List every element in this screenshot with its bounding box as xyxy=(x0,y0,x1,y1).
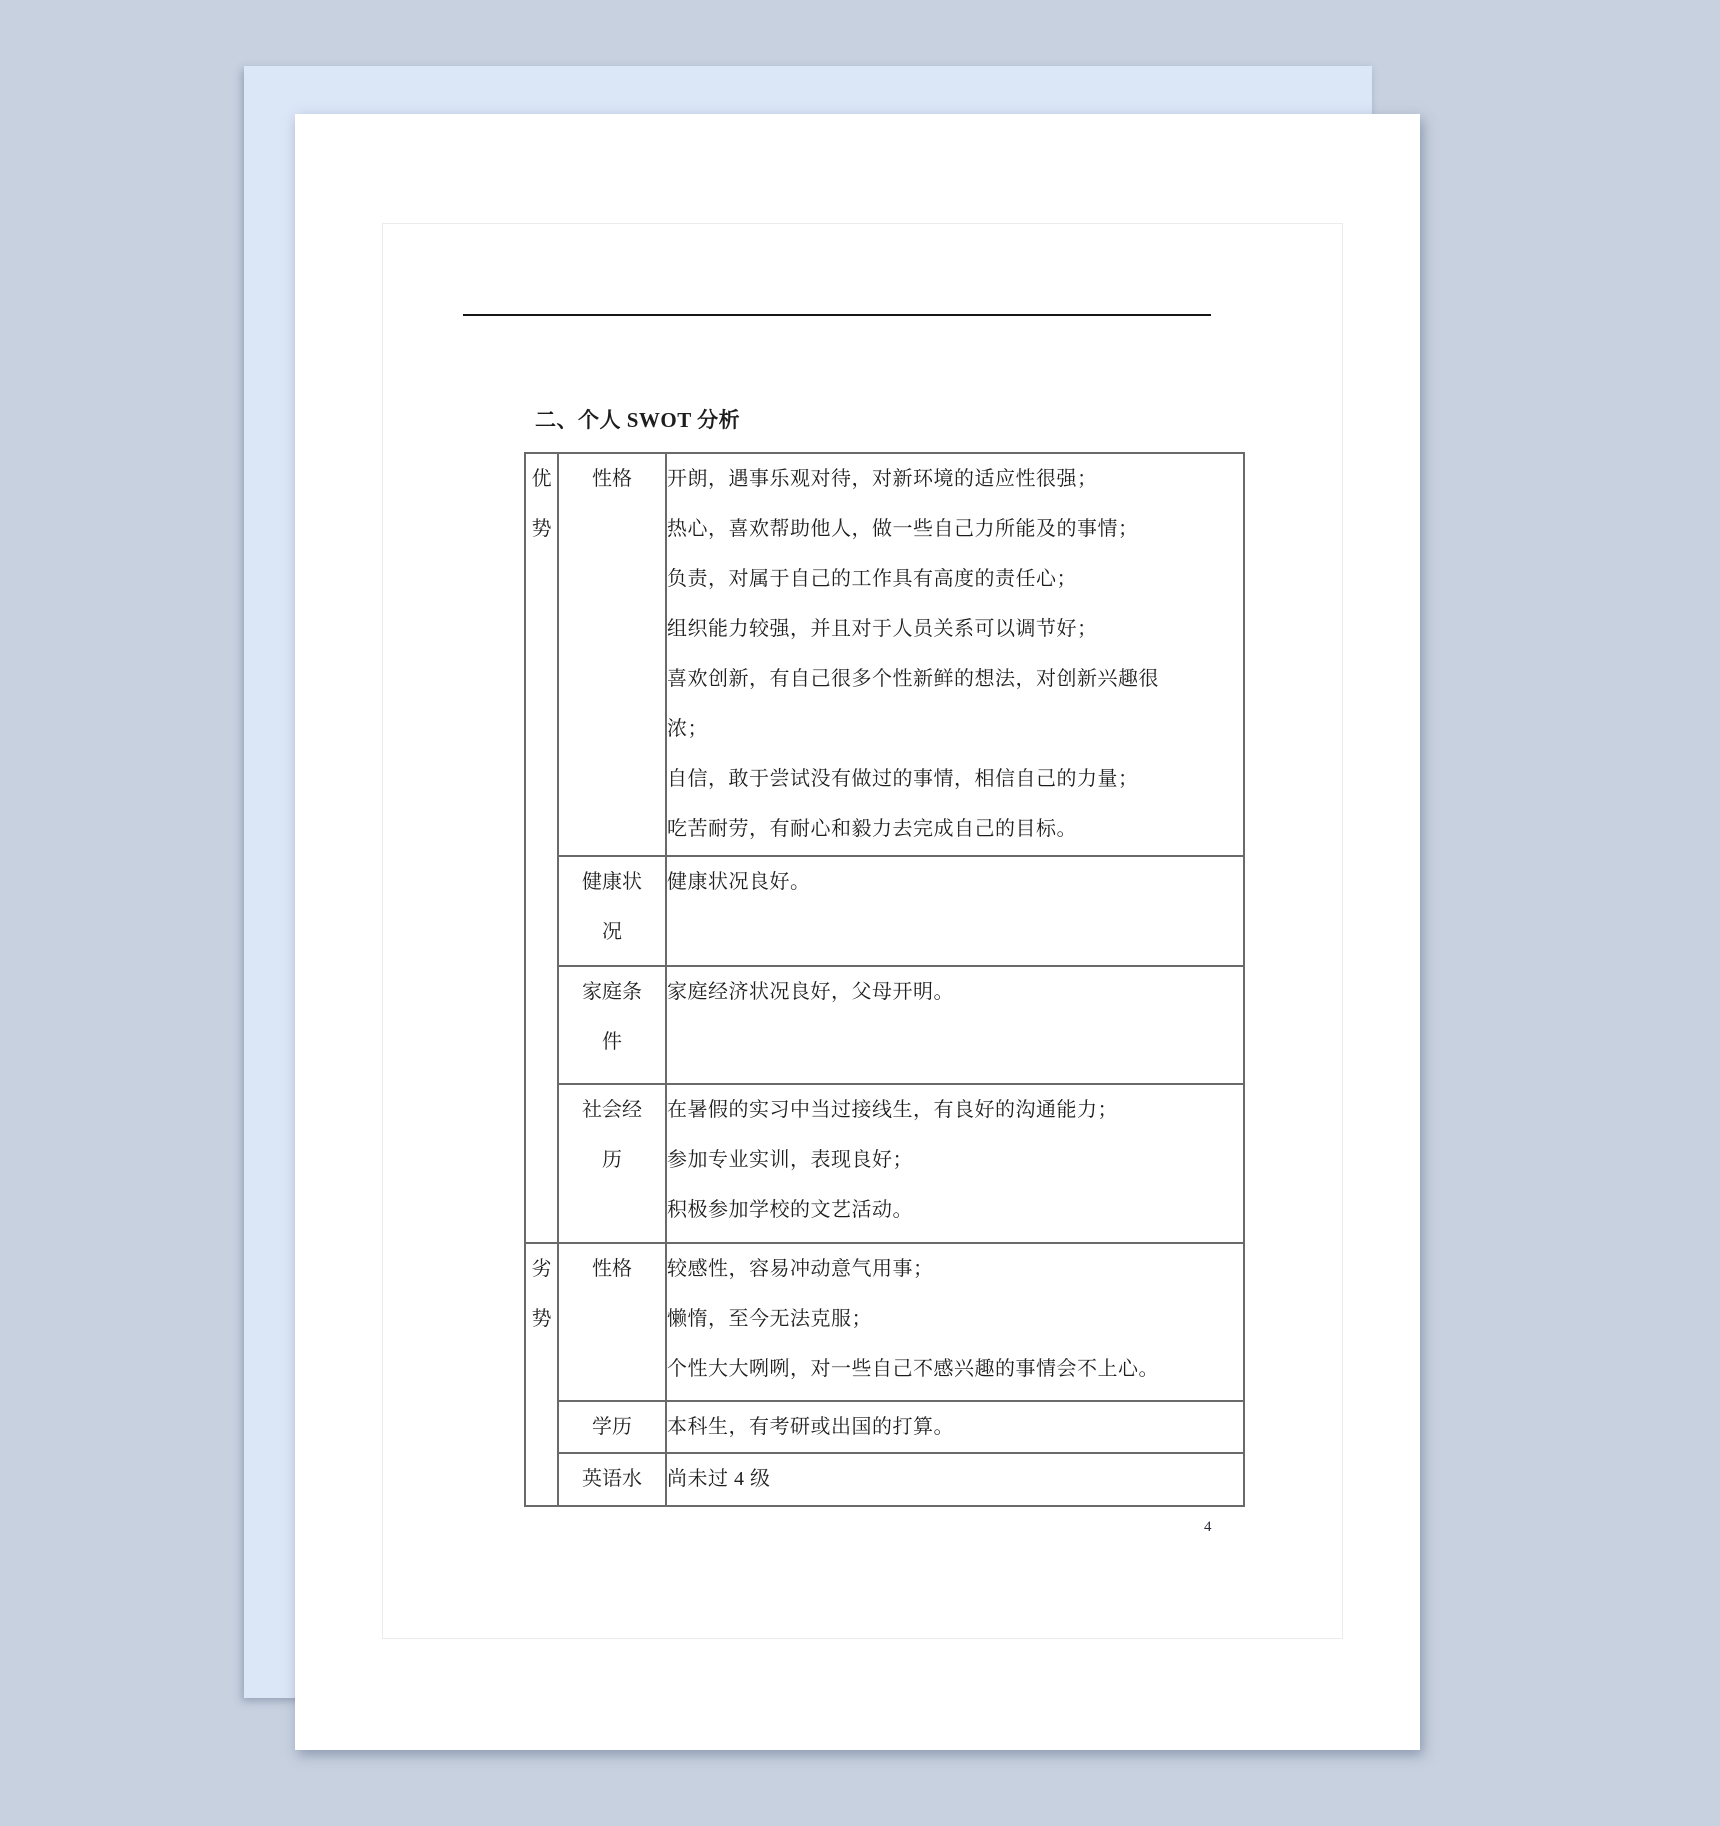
row-content-health: 健康状况良好。 xyxy=(666,856,1244,966)
row-content-english-level: 尚未过 4 级 xyxy=(666,1453,1244,1506)
group-cell-strengths: 优 势 xyxy=(525,453,558,1243)
row-label-family: 家庭条 件 xyxy=(558,966,666,1084)
row-label-health: 健康状 况 xyxy=(558,856,666,966)
table-row: 英语水 尚未过 4 级 xyxy=(525,1453,1244,1506)
table-row: 健康状 况 健康状况良好。 xyxy=(525,856,1244,966)
swot-table: 优 势 性格 开朗，遇事乐观对待，对新环境的适应性很强； 热心，喜欢帮助他人，做… xyxy=(524,452,1245,1507)
row-content-family: 家庭经济状况良好，父母开明。 xyxy=(666,966,1244,1084)
table-row: 学历 本科生，有考研或出国的打算。 xyxy=(525,1401,1244,1453)
header-rule xyxy=(463,314,1211,316)
row-label-education: 学历 xyxy=(558,1401,666,1453)
row-label-english-level: 英语水 xyxy=(558,1453,666,1506)
row-content-personality-strength: 开朗，遇事乐观对待，对新环境的适应性很强； 热心，喜欢帮助他人，做一些自己力所能… xyxy=(666,453,1244,856)
document-page: 二、个人 SWOT 分析 优 势 性格 开朗，遇事乐观对待，对新环境的适应性很强… xyxy=(295,114,1420,1750)
table-row: 家庭条 件 家庭经济状况良好，父母开明。 xyxy=(525,966,1244,1084)
row-label-social-experience: 社会经 历 xyxy=(558,1084,666,1243)
row-content-personality-weakness: 较感性，容易冲动意气用事； 懒惰，至今无法克服； 个性大大咧咧，对一些自己不感兴… xyxy=(666,1243,1244,1401)
desktop-background: 二、个人 SWOT 分析 优 势 性格 开朗，遇事乐观对待，对新环境的适应性很强… xyxy=(0,0,1720,1826)
row-content-education: 本科生，有考研或出国的打算。 xyxy=(666,1401,1244,1453)
table-row: 社会经 历 在暑假的实习中当过接线生，有良好的沟通能力； 参加专业实训，表现良好… xyxy=(525,1084,1244,1243)
table-row: 劣 势 性格 较感性，容易冲动意气用事； 懒惰，至今无法克服； 个性大大咧咧，对… xyxy=(525,1243,1244,1401)
section-heading: 二、个人 SWOT 分析 xyxy=(535,407,740,433)
page-number: 4 xyxy=(1204,1519,1212,1536)
row-label-personality-weakness: 性格 xyxy=(558,1243,666,1401)
table-row: 优 势 性格 开朗，遇事乐观对待，对新环境的适应性很强； 热心，喜欢帮助他人，做… xyxy=(525,453,1244,856)
group-cell-weaknesses: 劣 势 xyxy=(525,1243,558,1506)
row-label-personality-strength: 性格 xyxy=(558,453,666,856)
row-content-social-experience: 在暑假的实习中当过接线生，有良好的沟通能力； 参加专业实训，表现良好； 积极参加… xyxy=(666,1084,1244,1243)
